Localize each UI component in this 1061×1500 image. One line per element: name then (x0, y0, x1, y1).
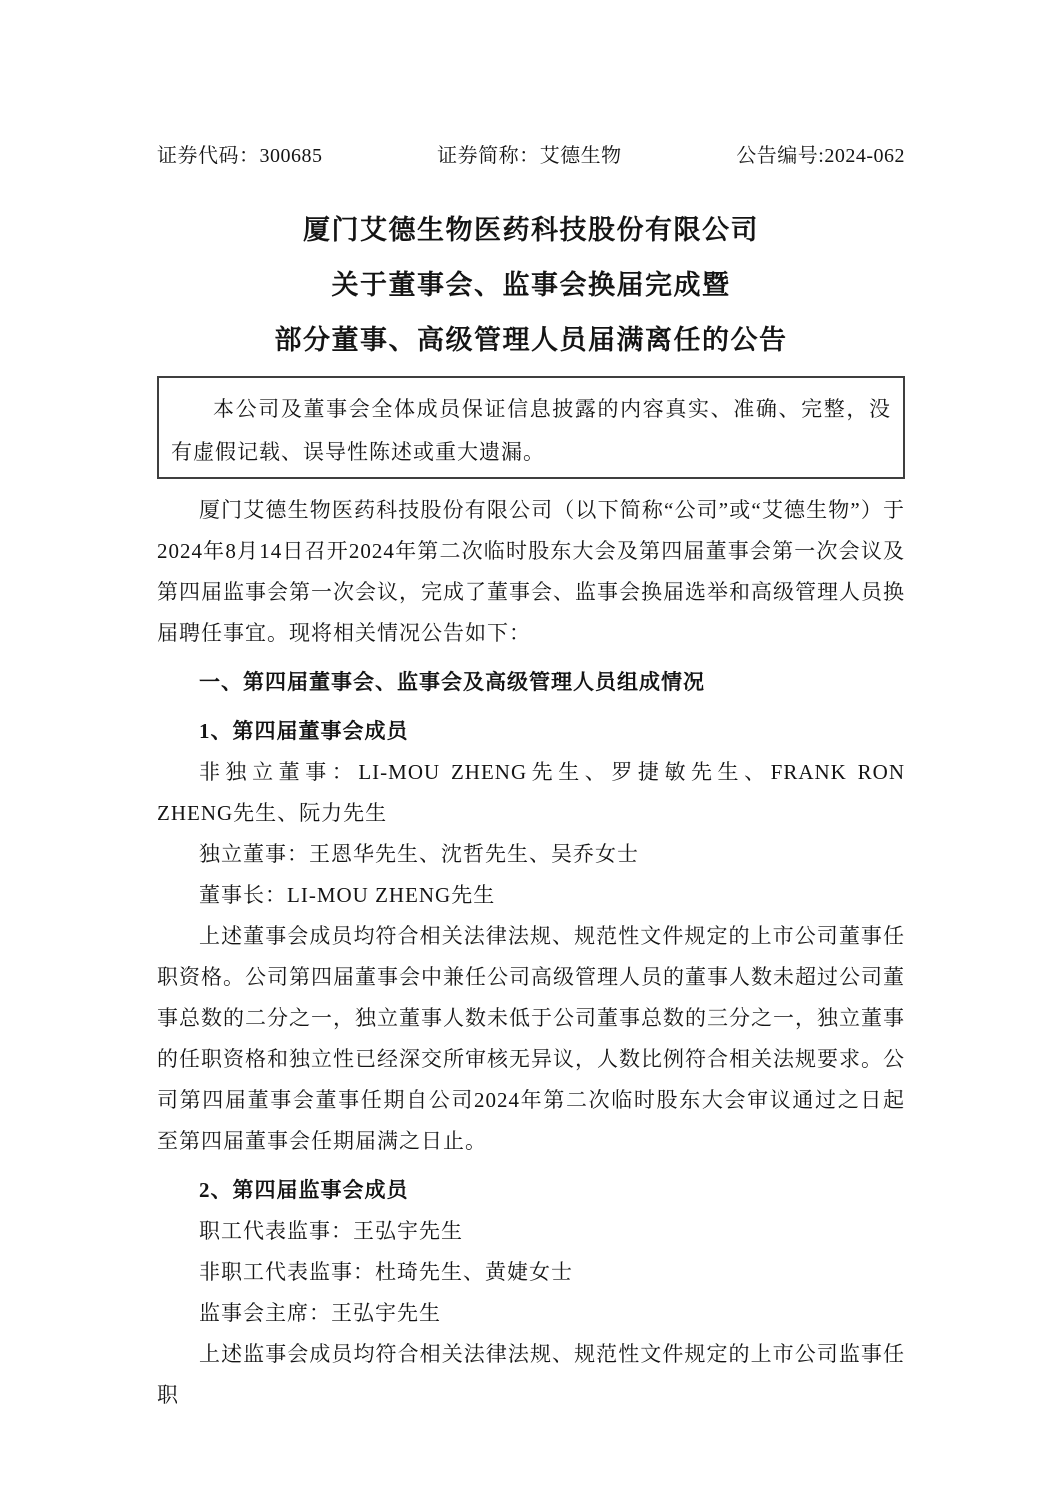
body-paragraph: 独立董事：王恩华先生、沈哲先生、吴乔女士 (157, 834, 905, 875)
announcement-page: 证券代码：300685 证券简称：艾德生物 公告编号:2024-062 厦门艾德… (0, 0, 1061, 1500)
title-line-company: 厦门艾德生物医药科技股份有限公司 (157, 203, 905, 258)
disclaimer-text: 本公司及董事会全体成员保证信息披露的内容真实、准确、完整，没有虚假记载、误导性陈… (171, 388, 891, 474)
body-paragraph: 厦门艾德生物医药科技股份有限公司（以下简称“公司”或“艾德生物”）于2024年8… (157, 490, 905, 654)
document-title: 厦门艾德生物医药科技股份有限公司 关于董事会、监事会换届完成暨 部分董事、高级管… (157, 203, 905, 368)
body-paragraph: 上述监事会成员均符合相关法律法规、规范性文件规定的上市公司监事任职 (157, 1334, 905, 1416)
stock-abbr-label: 证券简称：艾德生物 (437, 143, 622, 169)
body-paragraph: 非独立董事：LI-MOU ZHENG先生、罗捷敏先生、FRANK RON ZHE… (157, 752, 905, 834)
stock-code-label: 证券代码：300685 (157, 143, 323, 169)
title-line-subject: 关于董事会、监事会换届完成暨 (157, 258, 905, 313)
section-heading: 1、第四届董事会成员 (157, 711, 905, 752)
section-heading: 2、第四届监事会成员 (157, 1170, 905, 1211)
document-body: 厦门艾德生物医药科技股份有限公司（以下简称“公司”或“艾德生物”）于2024年8… (157, 490, 905, 1416)
document-header: 证券代码：300685 证券简称：艾德生物 公告编号:2024-062 (157, 143, 905, 169)
announcement-number-label: 公告编号:2024-062 (736, 143, 905, 169)
title-line-subject-2: 部分董事、高级管理人员届满离任的公告 (157, 313, 905, 368)
disclaimer-box: 本公司及董事会全体成员保证信息披露的内容真实、准确、完整，没有虚假记载、误导性陈… (157, 376, 905, 479)
body-paragraph: 非职工代表监事：杜琦先生、黄婕女士 (157, 1252, 905, 1293)
section-heading: 一、第四届董事会、监事会及高级管理人员组成情况 (157, 662, 905, 703)
body-paragraph: 上述董事会成员均符合相关法律法规、规范性文件规定的上市公司董事任职资格。公司第四… (157, 916, 905, 1162)
body-paragraph: 董事长：LI-MOU ZHENG先生 (157, 875, 905, 916)
body-paragraph: 职工代表监事：王弘宇先生 (157, 1211, 905, 1252)
body-paragraph: 监事会主席：王弘宇先生 (157, 1293, 905, 1334)
